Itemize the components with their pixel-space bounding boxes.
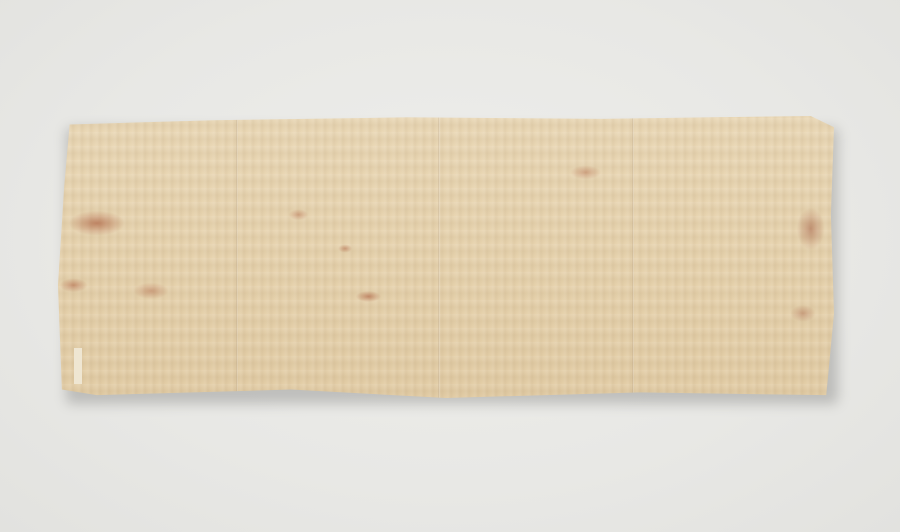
fold-line [438,116,440,398]
fold-line [236,116,238,398]
bark-cloth [58,116,834,398]
catalog-label [74,348,82,384]
fold-line [632,116,634,398]
